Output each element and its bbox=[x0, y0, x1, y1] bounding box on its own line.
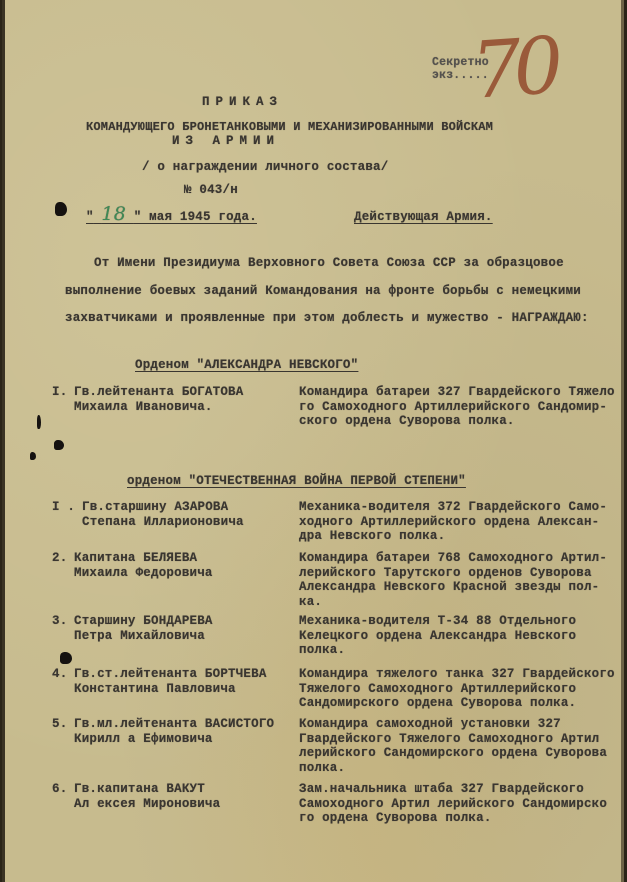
hole-punch-mark bbox=[60, 652, 72, 664]
margin-tear-mark bbox=[54, 440, 64, 450]
date-day-handwritten: 18 bbox=[101, 203, 126, 225]
hole-punch-mark bbox=[55, 202, 67, 216]
entry-name: Капитана БЕЛЯЕВА Михаила Федоровича bbox=[74, 551, 213, 580]
entry-post: Командира батареи 327 Гвардейского Тяжел… bbox=[299, 385, 615, 429]
entry-name: Гв.ст.лейтенанта БОРТЧЕВА Константина Па… bbox=[74, 667, 267, 696]
entry-number: I. bbox=[52, 385, 67, 399]
entry-post: Командира самоходной установки 327 Гвард… bbox=[299, 717, 607, 775]
award-heading-nevsky: Орденом "АЛЕКСАНДРА НЕВСКОГО" bbox=[135, 358, 358, 372]
order-subject: / о награждении личного состава/ bbox=[142, 160, 388, 174]
margin-tear-mark bbox=[30, 452, 36, 460]
entry-name: Гв.лейтенанта БОГАТОВА Михаила Ивановича… bbox=[74, 385, 243, 414]
handwritten-page-number: 70 bbox=[469, 27, 558, 111]
date-suffix: " мая 1945 года. bbox=[134, 210, 257, 224]
entry-name: Гв.старшину АЗАРОВА Степана Илларионович… bbox=[82, 500, 244, 529]
entry-number: I . bbox=[52, 500, 75, 514]
entry-number: 5. bbox=[52, 717, 67, 731]
document-page: Секретно экз..... 70 ПРИКАЗ КОМАНДУЮЩЕГО… bbox=[2, 0, 624, 882]
margin-tear-mark bbox=[37, 415, 41, 429]
preamble-line-1: От Имени Президиума Верховного Совета Со… bbox=[94, 256, 564, 270]
date-prefix: " bbox=[86, 210, 94, 224]
entry-number: 4. bbox=[52, 667, 67, 681]
preamble-line-2: выполнение боевых заданий Командования н… bbox=[65, 284, 581, 298]
entry-post: Командира батареи 768 Самоходного Артил-… bbox=[299, 551, 607, 609]
entry-name: Гв.мл.лейтенанта ВАСИСТОГО Кирилл а Ефим… bbox=[74, 717, 274, 746]
entry-post: Механика-водителя Т-34 88 Отдельного Кел… bbox=[299, 614, 576, 658]
entry-post: Командира тяжелого танка 327 Гвардейског… bbox=[299, 667, 615, 711]
document-title: ПРИКАЗ bbox=[202, 95, 283, 109]
entry-name: Гв.капитана ВАКУТ Ал ексея Мироновича bbox=[74, 782, 220, 811]
award-heading-patriotic-war-1st: орденом "ОТЕЧЕСТВЕННАЯ ВОЙНА ПЕРВОЙ СТЕП… bbox=[127, 474, 466, 488]
preamble-line-3: захватчиками и проявленные при этом добл… bbox=[65, 311, 589, 325]
issuer-line-1: КОМАНДУЮЩЕГО БРОНЕТАНКОВЫМИ И МЕХАНИЗИРО… bbox=[86, 120, 493, 134]
entry-name: Старшину БОНДАРЕВА Петра Михайловича bbox=[74, 614, 213, 643]
order-number: № 043/н bbox=[184, 183, 238, 197]
entry-number: 6. bbox=[52, 782, 67, 796]
entry-number: 3. bbox=[52, 614, 67, 628]
order-location: Действующая Армия. bbox=[354, 210, 493, 224]
page-edge-left bbox=[2, 0, 5, 882]
entry-post: Зам.начальника штаба 327 Гвардейского Са… bbox=[299, 782, 607, 826]
entry-number: 2. bbox=[52, 551, 67, 565]
entry-post: Механика-водителя 372 Гвардейского Само-… bbox=[299, 500, 607, 544]
issuer-line-2: ИЗ АРМИИ bbox=[172, 134, 280, 148]
order-date: " 18 " мая 1945 года. bbox=[86, 203, 257, 225]
page-edge-right bbox=[621, 0, 624, 882]
